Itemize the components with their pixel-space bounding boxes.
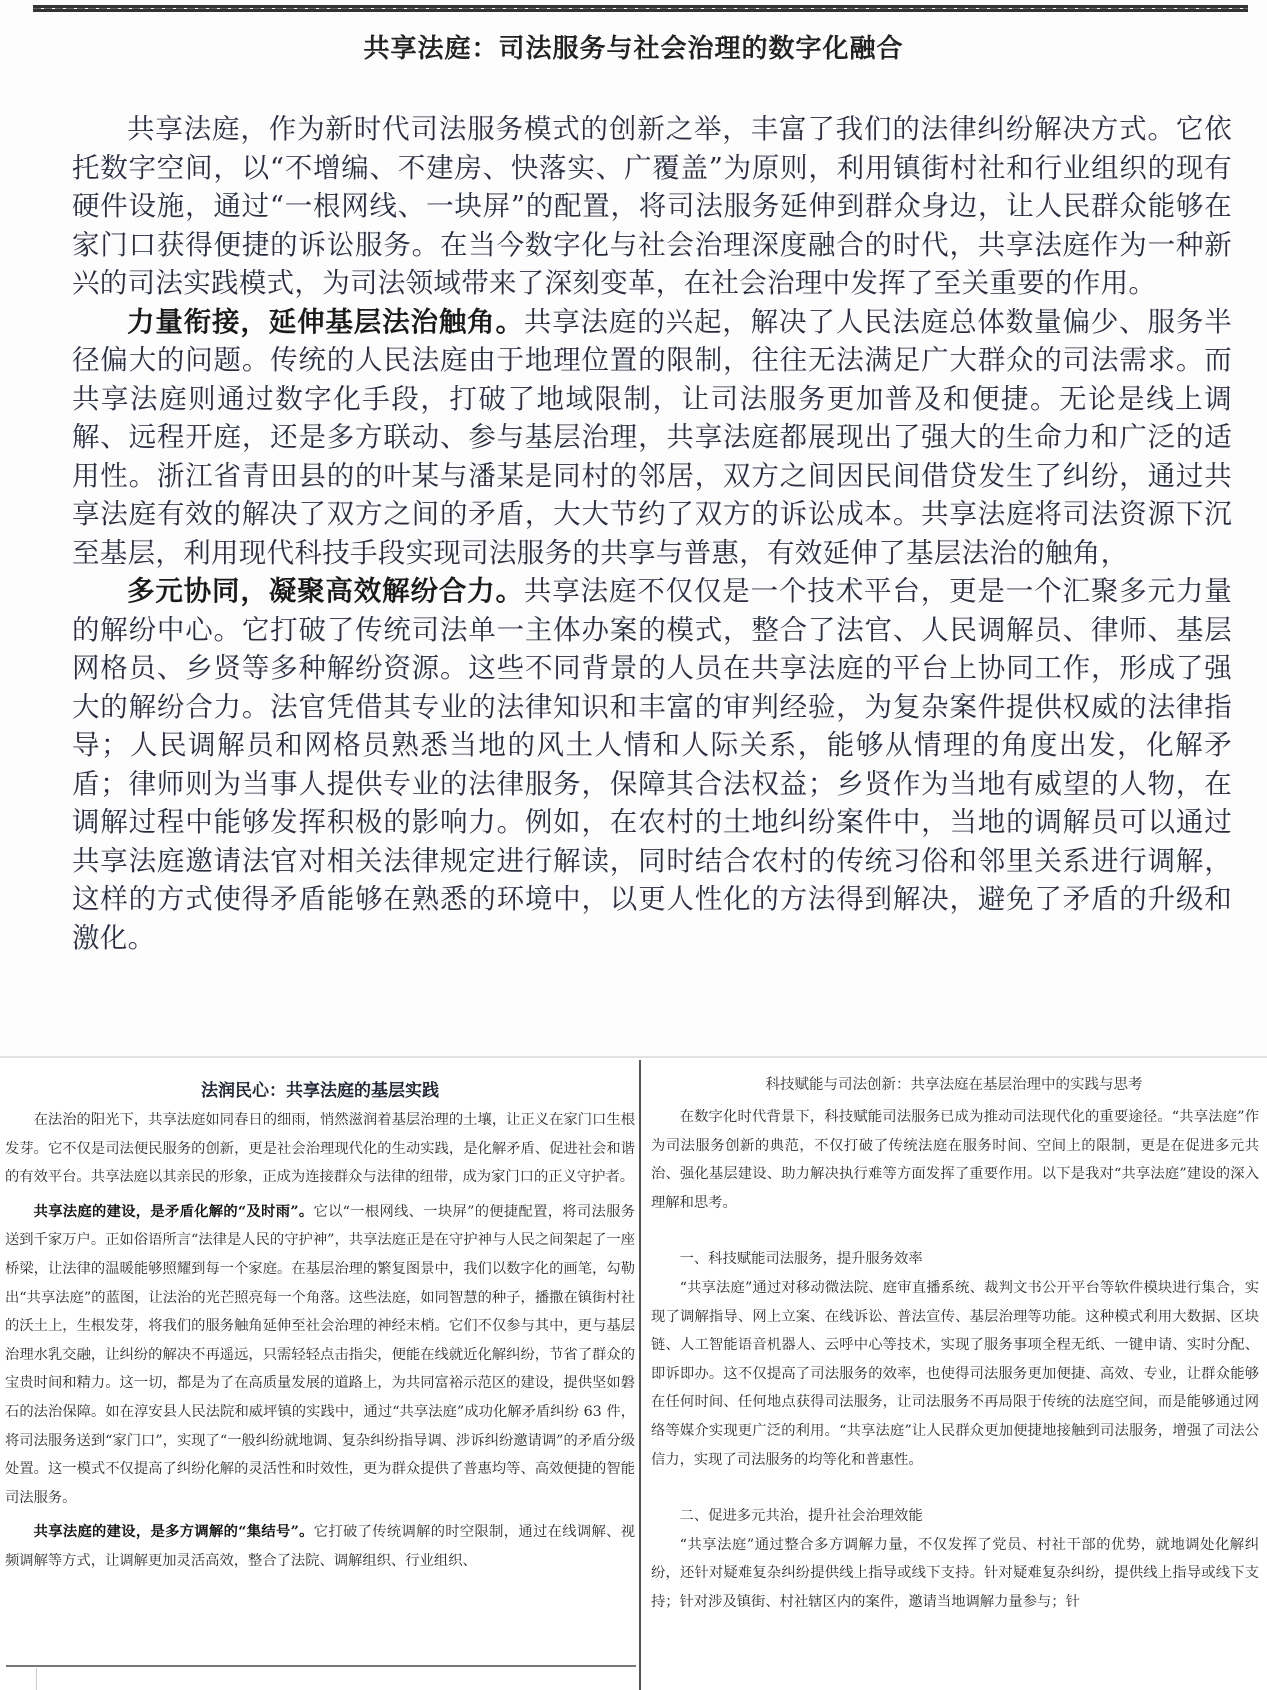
left-document-page: 法润民心：共享法庭的基层实践 在法治的阳光下，共享法庭如同春日的细雨，悄然滋润着…	[0, 1058, 640, 1690]
paragraph: 共享法庭，作为新时代司法服务模式的创新之举，丰富了我们的法律纠纷解决方式。它依托…	[72, 110, 1232, 303]
right-document-body: 在数字化时代背景下，科技赋能司法服务已成为推动司法现代化的重要途径。“共享法庭”…	[641, 1103, 1267, 1617]
page-bottom-rule	[6, 1665, 636, 1667]
header-double-rule	[33, 5, 1248, 12]
left-document-title: 法润民心：共享法庭的基层实践	[0, 1076, 640, 1106]
paragraph: 多元协同，凝聚高效解纷合力。共享法庭不仅仅是一个技术平台，更是一个汇聚多元力量的…	[72, 572, 1232, 957]
top-document-title: 共享法庭：司法服务与社会治理的数字化融合	[0, 28, 1267, 65]
paragraph: 共享法庭的建设，是多方调解的“集结号”。它打破了传统调解的时空限制，通过在线调解…	[5, 1518, 635, 1575]
paragraph-lead: 力量衔接，延伸基层法治触角。	[127, 306, 524, 338]
right-document-page: 科技赋能与司法创新：共享法庭在基层治理中的实践与思考 在数字化时代背景下，科技赋…	[641, 1058, 1267, 1690]
paragraph-lead: 多元协同，凝聚高效解纷合力。	[127, 575, 524, 607]
right-document-title: 科技赋能与司法创新：共享法庭在基层治理中的实践与思考	[641, 1073, 1267, 1103]
section-paragraph: “共享法庭”通过对移动微法院、庭审直播系统、裁判文书公开平台等软件模块进行集合，…	[651, 1274, 1259, 1474]
paragraph-lead: 共享法庭的建设，是矛盾化解的“及时雨”。	[34, 1204, 314, 1220]
paragraph: 在法治的阳光下，共享法庭如同春日的细雨，悄然滋润着基层治理的土壤，让正义在家门口…	[5, 1106, 635, 1192]
section-heading: 二、促进多元共治，提升社会治理效能	[651, 1502, 1259, 1531]
section-paragraph: “共享法庭”通过整合多方调解力量，不仅发挥了党员、村社干部的优势，就地调处化解纠…	[651, 1531, 1259, 1617]
top-document-body: 共享法庭，作为新时代司法服务模式的创新之举，丰富了我们的法律纠纷解决方式。它依托…	[72, 110, 1232, 957]
paragraph: 力量衔接，延伸基层法治触角。共享法庭的兴起，解决了人民法庭总体数量偏少、服务半径…	[72, 303, 1232, 573]
section-heading: 一、科技赋能司法服务，提升服务效率	[651, 1245, 1259, 1274]
top-document-page: 共享法庭：司法服务与社会治理的数字化融合 共享法庭，作为新时代司法服务模式的创新…	[0, 0, 1267, 1056]
page-margin-marker	[36, 1668, 37, 1690]
intro-paragraph: 在数字化时代背景下，科技赋能司法服务已成为推动司法现代化的重要途径。“共享法庭”…	[651, 1103, 1259, 1217]
paragraph-lead: 共享法庭的建设，是多方调解的“集结号”。	[34, 1524, 314, 1540]
left-document-body: 在法治的阳光下，共享法庭如同春日的细雨，悄然滋润着基层治理的土壤，让正义在家门口…	[0, 1106, 640, 1576]
paragraph: 共享法庭的建设，是矛盾化解的“及时雨”。它以“一根网线、一块屏”的便捷配置，将司…	[5, 1198, 635, 1513]
